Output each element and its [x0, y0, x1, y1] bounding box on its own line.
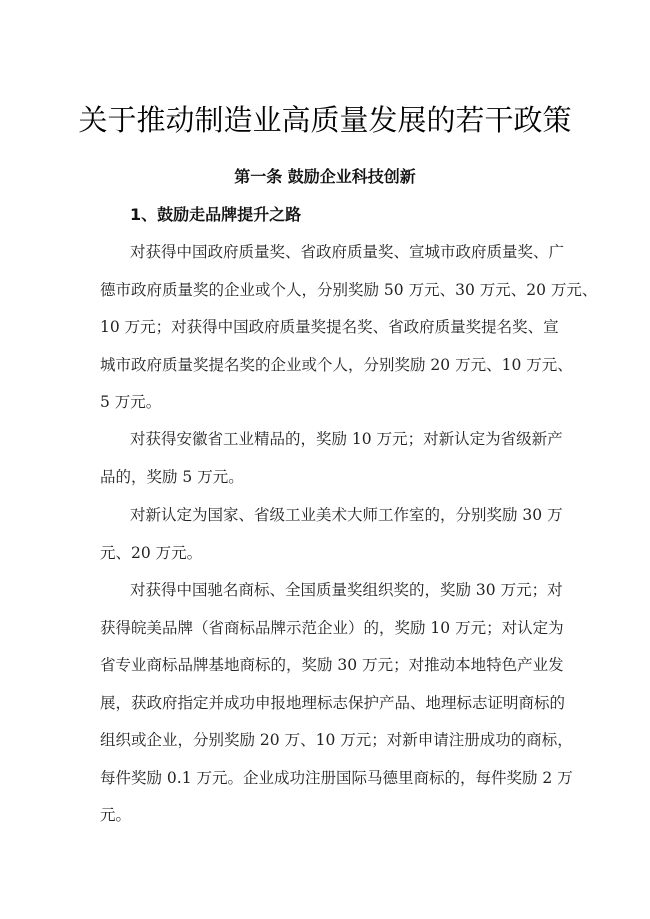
paragraph-line: 对新认定为国家、省级工业美术大师工作室的，分别奖励 30 万 — [100, 503, 565, 541]
paragraph-quality-awards: 对获得中国政府质量奖、省政府质量奖、宣城市政府质量奖、广 德市政府质量奖的企业或… — [100, 240, 565, 428]
document-page: 关于推动制造业高质量发展的若干政策 第一条 鼓励企业科技创新 1、鼓励走品牌提升… — [0, 0, 650, 919]
paragraph-line: 5 万元。 — [100, 390, 565, 428]
paragraph-master-studios: 对新认定为国家、省级工业美术大师工作室的，分别奖励 30 万 元、20 万元。 — [100, 503, 565, 578]
paragraph-line: 对获得安徽省工业精品的，奖励 10 万元；对新认定为省级新产 — [100, 427, 565, 465]
paragraph-line: 对获得中国驰名商标、全国质量奖组织奖的，奖励 30 万元；对 — [100, 578, 565, 616]
sub-heading: 1、鼓励走品牌提升之路 — [130, 203, 301, 227]
paragraph-line: 元、20 万元。 — [100, 541, 565, 579]
paragraph-line: 城市政府质量奖提名奖的企业或个人，分别奖励 20 万元、10 万元、 — [100, 353, 565, 391]
paragraph-line: 展，获政府指定并成功申报地理标志保护产品、地理标志证明商标的 — [100, 691, 565, 729]
paragraph-line: 品的，奖励 5 万元。 — [100, 465, 565, 503]
paragraph-line: 获得皖美品牌（省商标品牌示范企业）的，奖励 10 万元；对认定为 — [100, 616, 565, 654]
paragraph-trademarks: 对获得中国驰名商标、全国质量奖组织奖的，奖励 30 万元；对 获得皖美品牌（省商… — [100, 578, 565, 841]
paragraph-line: 德市政府质量奖的企业或个人，分别奖励 50 万元、30 万元、20 万元、 — [100, 278, 565, 316]
paragraph-line: 对获得中国政府质量奖、省政府质量奖、宣城市政府质量奖、广 — [100, 240, 565, 278]
paragraph-line: 组织或企业，分别奖励 20 万、10 万元；对新申请注册成功的商标， — [100, 728, 565, 766]
paragraph-line: 省专业商标品牌基地商标的，奖励 30 万元；对推动本地特色产业发 — [100, 653, 565, 691]
document-title: 关于推动制造业高质量发展的若干政策 — [0, 100, 650, 140]
section-heading: 第一条 鼓励企业科技创新 — [0, 165, 650, 189]
paragraph-line: 10 万元；对获得中国政府质量奖提名奖、省政府质量奖提名奖、宣 — [100, 315, 565, 353]
paragraph-line: 每件奖励 0.1 万元。企业成功注册国际马德里商标的，每件奖励 2 万 — [100, 766, 565, 804]
paragraph-line: 元。 — [100, 803, 565, 841]
paragraph-industrial-products: 对获得安徽省工业精品的，奖励 10 万元；对新认定为省级新产 品的，奖励 5 万… — [100, 427, 565, 502]
